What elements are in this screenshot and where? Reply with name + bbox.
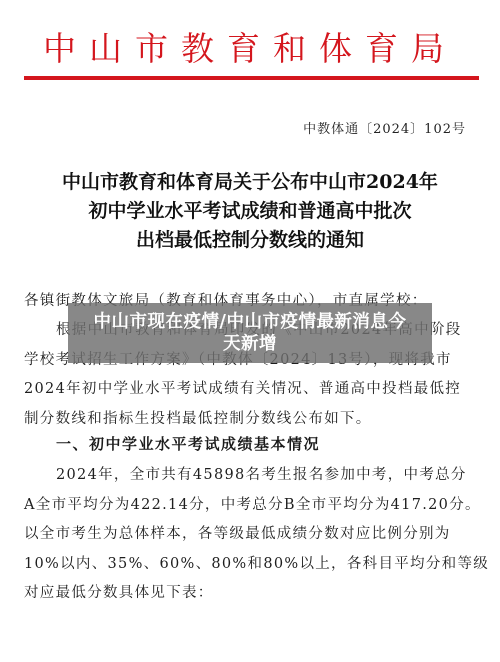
body-line: 10%以内、35%、60%、80%和80%以上，各科目平均分和等级 <box>24 550 480 580</box>
notice-title-line: 初中学业水平考试成绩和普通高中批次 <box>20 197 480 226</box>
section-heading: 一、初中学业水平考试成绩基本情况 <box>56 433 320 454</box>
notice-title: 中山市教育和体育局关于公布中山市2024年 初中学业水平考试成绩和普通高中批次 … <box>20 168 480 255</box>
caption-overlay-text: 中山市现在疫情/中山市疫情最新消息今天新增 <box>85 311 415 355</box>
notice-title-line: 出档最低控制分数线的通知 <box>20 226 480 255</box>
notice-title-line: 中山市教育和体育局关于公布中山市2024年 <box>20 168 480 197</box>
masthead-red-rule <box>24 76 479 80</box>
body-line: A全市平均分为422.14分，中考总分B全市平均分为417.20分。 <box>24 491 480 521</box>
body-line: 以全市考生为总体样本，各等级最低成绩分数对应比例分别为 <box>24 520 480 550</box>
body-line: 对应最低分数具体见下表： <box>24 579 480 609</box>
body-line: 制分数线和指标生投档最低控制分数线公布如下。 <box>24 405 480 435</box>
document-page: 中山市教育和体育局 中教体通〔2024〕102号 中山市教育和体育局关于公布中山… <box>0 0 500 662</box>
body-line: 2024年初中学业水平考试成绩有关情况、普通高中投档最低控 <box>24 375 480 405</box>
body-line: 2024年，全市共有45898名考生报名参加中考，中考总分 <box>24 461 480 491</box>
caption-overlay: 中山市现在疫情/中山市疫情最新消息今天新增 <box>68 303 432 363</box>
body-paragraph-results: 2024年，全市共有45898名考生报名参加中考，中考总分 A全市平均分为422… <box>24 461 480 609</box>
masthead-title: 中山市教育和体育局 <box>24 26 476 72</box>
document-number: 中教体通〔2024〕102号 <box>303 118 466 137</box>
